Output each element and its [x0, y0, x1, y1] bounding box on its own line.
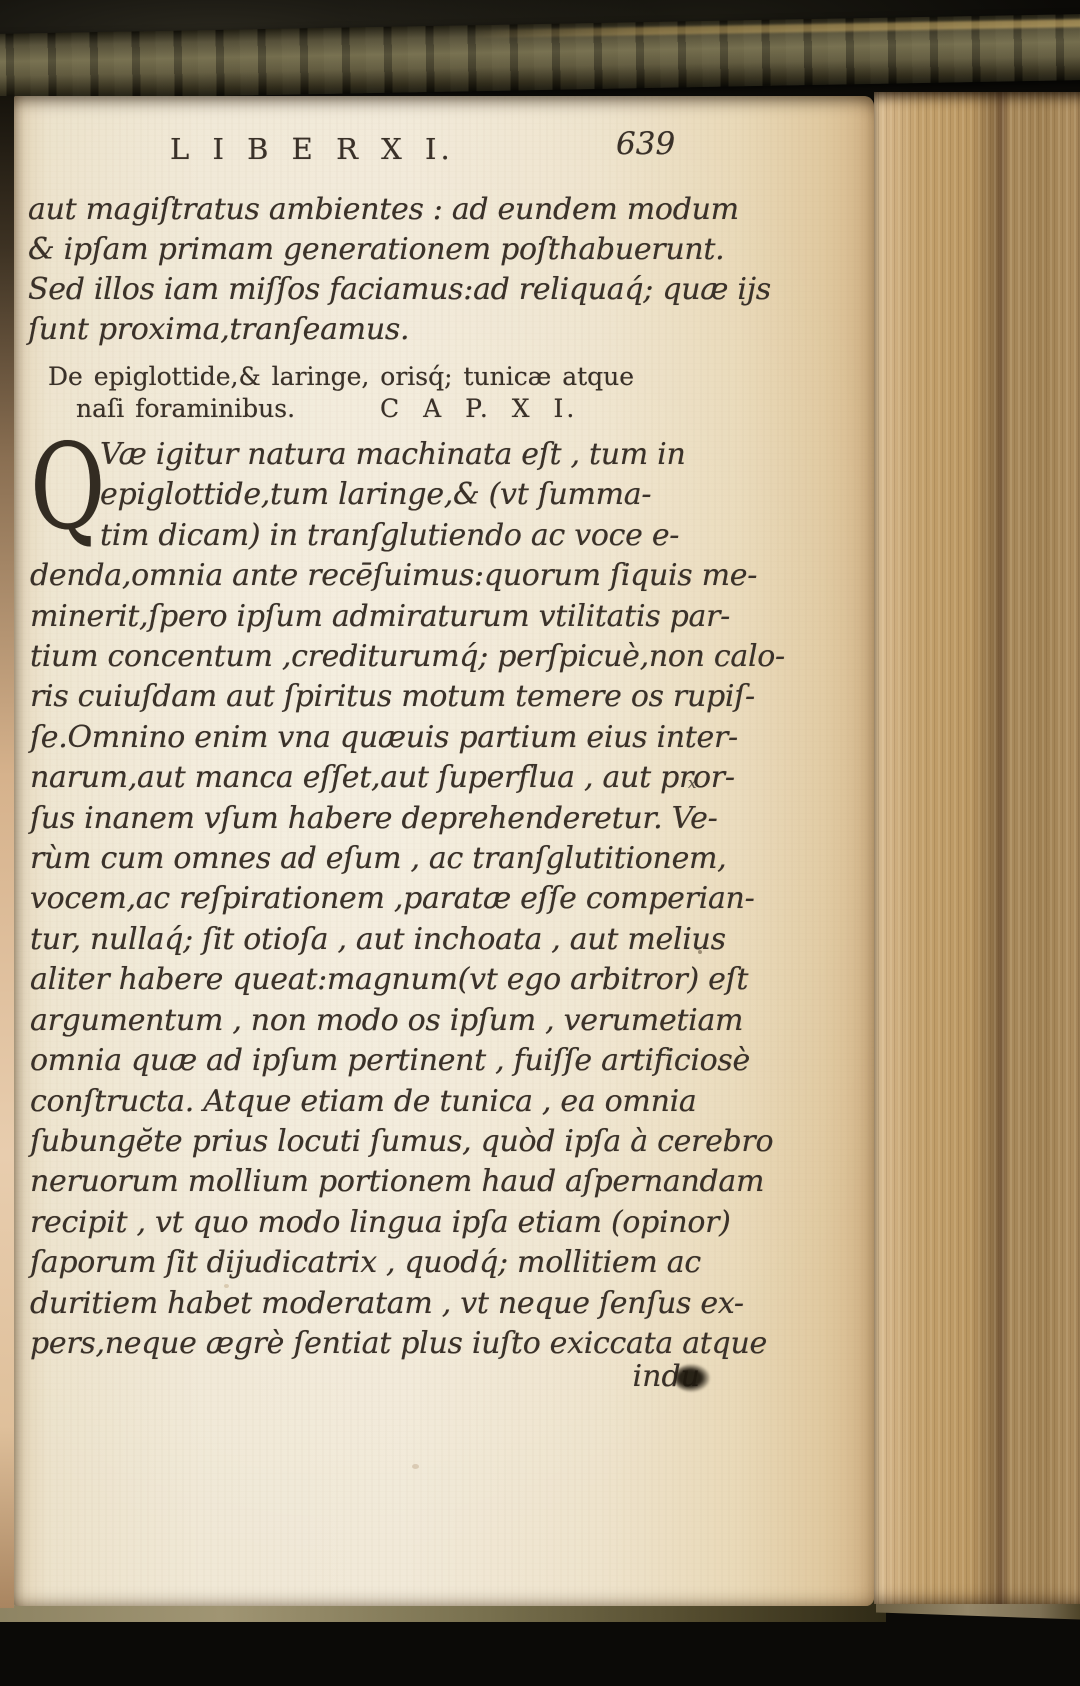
paper-speck [698, 950, 702, 954]
fore-edge-pages [874, 92, 1080, 1604]
paragraph-end: aut magiſtratus ambientes : ad eundem mo… [28, 190, 771, 350]
text-line: ſus inanem vſum habere deprehenderetur. … [30, 799, 678, 839]
text-line: ris cuiuſdam aut ſpiritus motum temere o… [30, 677, 678, 717]
text-line: epiglottide,tum laringe,& (vt ſumma- [30, 475, 678, 515]
text-line: tim dicam) in tranſglutiendo ac voce e- [30, 516, 678, 556]
left-page-edge [0, 96, 14, 1608]
text-line: tium concentum ,crediturumq́; perſpicuè,… [30, 637, 678, 677]
text-line: recipit , vt quo modo lingua ipſa etiam … [30, 1203, 678, 1243]
text-line: narum,aut manca eſſet,aut ſuperflua , au… [30, 758, 678, 798]
book-photo: L I B E R X I. 639 aut magiſtratus ambie… [0, 0, 1080, 1686]
text-line: aut magiſtratus ambientes : ad eundem mo… [28, 190, 771, 230]
chapter-heading-line2: naſi foraminibus. [76, 394, 295, 423]
chapter-body: Q Væ igitur natura machinata eſt , tum i… [30, 435, 678, 1364]
text-line: aliter habere queat:magnum(vt ego arbitr… [30, 960, 678, 1000]
text-line: pers,neque ægrè ſentiat plus iuſto exicc… [30, 1324, 678, 1364]
running-header: L I B E R X I. [170, 132, 454, 166]
text-line: neruorum mollium portionem haud aſpernan… [30, 1162, 678, 1202]
text-line: vocem,ac reſpirationem ,paratæ eſſe comp… [30, 879, 678, 919]
ink-blot [674, 1364, 710, 1392]
text-line: tur, nullaq́; ſit otioſa , aut inchoata … [30, 920, 678, 960]
text-line: rùm cum omnes ad eſum , ac tranſglutitio… [30, 839, 678, 879]
chapter-heading: De epiglottide,& laringe, orisq́; tunicæ… [48, 361, 628, 425]
text-line: & ipſam primam generationem poſthabuerun… [28, 230, 771, 270]
chapter-heading-line1: De epiglottide,& laringe, orisq́; tunicæ… [48, 361, 628, 393]
margin-mark: x [688, 774, 696, 792]
paper-speck [224, 1284, 229, 1288]
text-line: argumentum , non modo os ipſum , verumet… [30, 1001, 678, 1041]
text-line: ſaporum ſit dijudicatrix , quodq́; molli… [30, 1243, 678, 1283]
text-line: ſubungĕte prius locuti ſumus, quòd ipſa … [30, 1122, 678, 1162]
text-line: omnia quæ ad ipſum pertinent , fuiſſe ar… [30, 1041, 678, 1081]
book-cover-top-edge [0, 14, 1080, 100]
text-line: minerit,ſpero ipſum admiraturum vtilitat… [30, 597, 678, 637]
text-line: ſunt proxima,tranſeamus. [28, 310, 771, 350]
paper-speck [412, 1464, 419, 1469]
text-line: Sed illos iam miſſos faciamus:ad reliqua… [28, 270, 771, 310]
text-line: conſtructa. Atque etiam de tunica , ea o… [30, 1082, 678, 1122]
drop-cap-initial: Q [30, 435, 85, 551]
book-page: L I B E R X I. 639 aut magiſtratus ambie… [14, 96, 874, 1606]
text-line: ſe.Omnino enim vna quæuis partium eius i… [30, 718, 678, 758]
catchword: indu [574, 1360, 700, 1394]
text-line: duritiem habet moderatam , vt neque ſenſ… [30, 1284, 678, 1324]
page-number: 639 [616, 126, 675, 162]
text-line: Væ igitur natura machinata eſt , tum in [30, 435, 678, 475]
text-line: denda,omnia ante recēſuimus:quorum ſiqui… [30, 556, 678, 596]
chapter-number-label: C A P. X I. [380, 393, 577, 425]
